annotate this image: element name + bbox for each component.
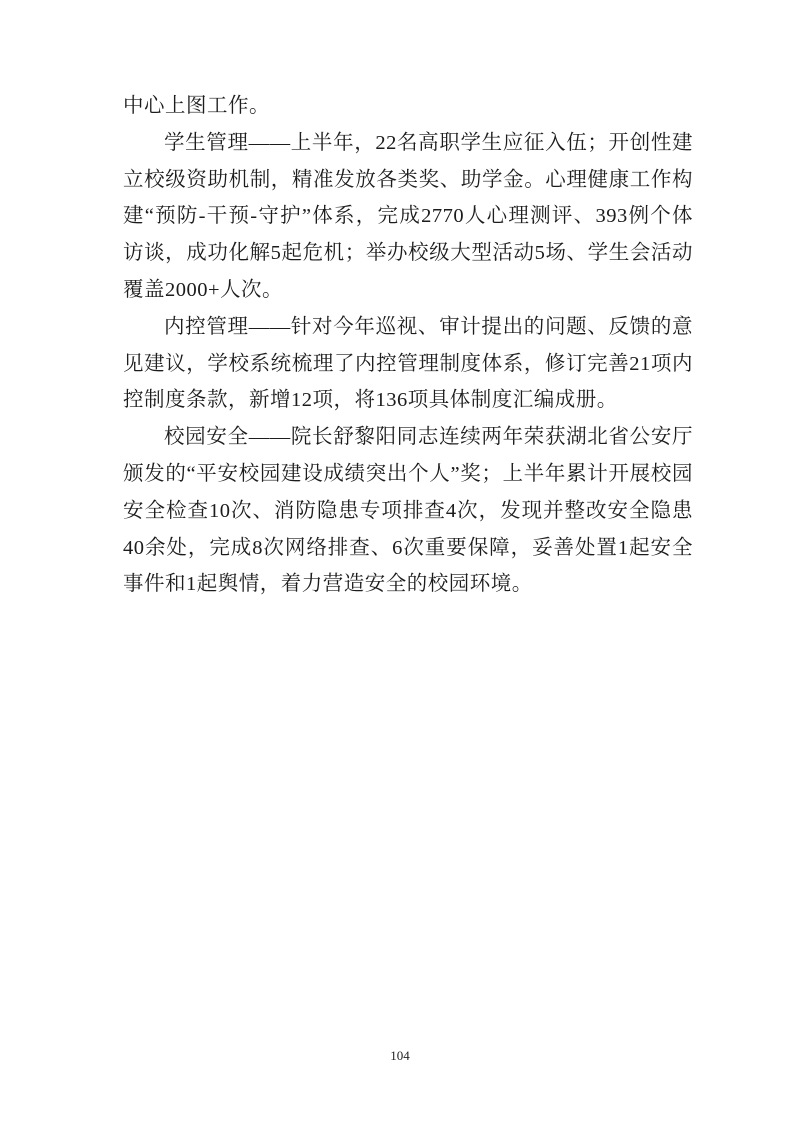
- document-page: 中心上图工作。 学生管理——上半年，22名高职学生应征入伍；开创性建立校级资助机…: [0, 0, 800, 1131]
- page-number: 104: [0, 1048, 800, 1064]
- paragraph-student-management: 学生管理——上半年，22名高职学生应征入伍；开创性建立校级资助机制，精准发放各类…: [123, 125, 693, 309]
- paragraph-internal-control: 内控管理——针对今年巡视、审计提出的问题、反馈的意见建议，学校系统梳理了内控管理…: [123, 309, 693, 419]
- document-body: 中心上图工作。 学生管理——上半年，22名高职学生应征入伍；开创性建立校级资助机…: [123, 88, 693, 603]
- paragraph-campus-safety: 校园安全——院长舒黎阳同志连续两年荣获湖北省公安厅颁发的“平安校园建设成绩突出个…: [123, 419, 693, 603]
- paragraph-continuation: 中心上图工作。: [123, 88, 693, 125]
